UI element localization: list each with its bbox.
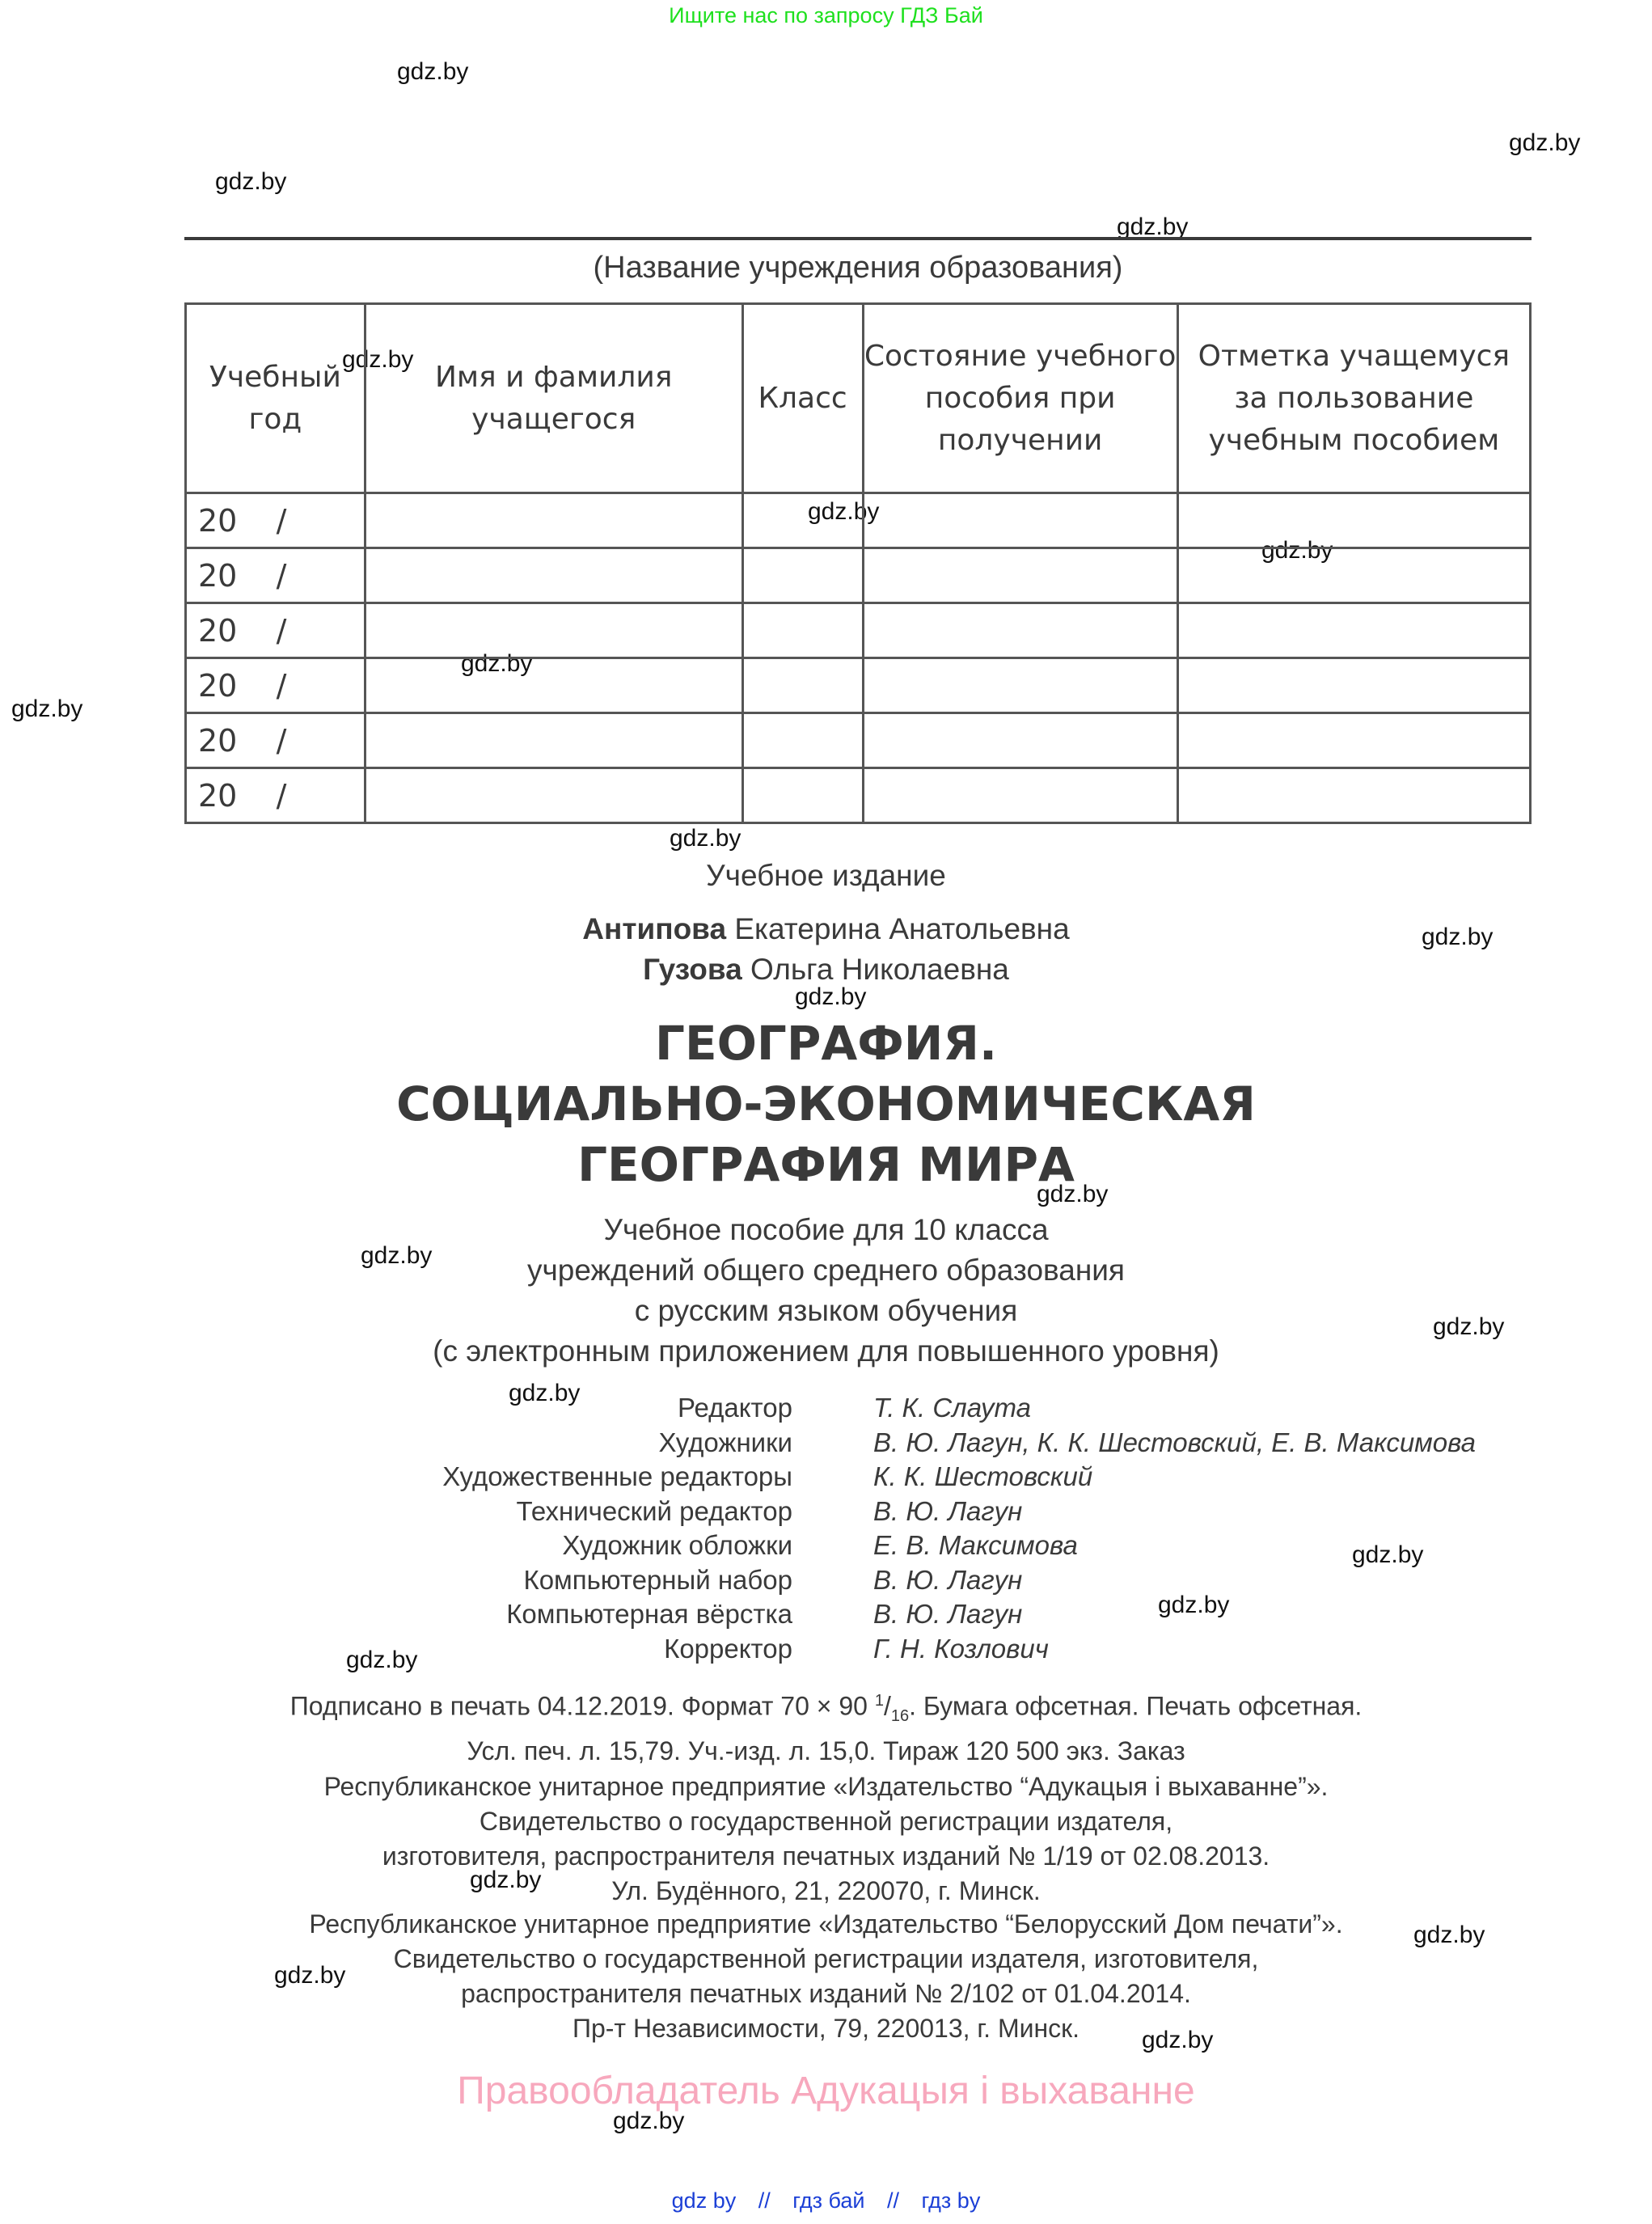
mark-cell xyxy=(1177,658,1530,713)
author-line: Антипова Екатерина Анатольевна xyxy=(0,912,1652,946)
mark-cell xyxy=(1177,713,1530,768)
title-line: ГЕОГРАФИЯ МИРА xyxy=(0,1135,1652,1195)
format-fraction-numerator: 1 xyxy=(875,1692,884,1710)
credit-name: В. Ю. Лагун xyxy=(873,1563,1022,1598)
column-header-class: Класс xyxy=(742,304,863,493)
class-cell xyxy=(742,493,863,548)
credit-role: Художники xyxy=(0,1426,792,1461)
search-banner: Ищите нас по запросу ГДЗ Бай xyxy=(0,3,1652,28)
credit-name: Т. К. Слаута xyxy=(873,1391,1031,1426)
print-info-line: Усл. печ. л. 15,79. Уч.-изд. л. 15,0. Ти… xyxy=(0,1734,1652,1769)
name-cell xyxy=(365,658,742,713)
subtitle-line: учреждений общего среднего образования xyxy=(0,1250,1652,1291)
column-header-student-name: Имя и фамилия учащегося xyxy=(365,304,742,493)
print-info: Подписано в печать 04.12.2019. Формат 70… xyxy=(0,1684,1652,1769)
credit-name: К. К. Шестовский xyxy=(873,1460,1092,1495)
name-cell xyxy=(365,768,742,823)
subtitle-line: Учебное пособие для 10 класса xyxy=(0,1210,1652,1250)
print-info-text: Подписано в печать 04.12.2019. Формат 70… xyxy=(290,1692,875,1721)
mark-cell xyxy=(1177,768,1530,823)
book-subtitle: Учебное пособие для 10 класса учреждений… xyxy=(0,1210,1652,1372)
year-cell: 20 / xyxy=(186,548,365,603)
rights-holder-stamp: Правообладатель Адукацыя і выхаванне xyxy=(0,2069,1652,2113)
credit-role: Художник обложки xyxy=(0,1528,792,1563)
credit-role: Компьютерный набор xyxy=(0,1563,792,1598)
book-title: ГЕОГРАФИЯ. СОЦИАЛЬНО-ЭКОНОМИЧЕСКАЯ ГЕОГР… xyxy=(0,1013,1652,1195)
institution-name-line xyxy=(184,237,1532,240)
publisher-line: Ул. Будённого, 21, 220070, г. Минск. xyxy=(0,1874,1652,1909)
watermark: gdz.by xyxy=(215,168,286,196)
condition-cell xyxy=(863,548,1177,603)
credit-row: Технический редакторВ. Ю. Лагун xyxy=(0,1495,1652,1529)
credits-list: РедакторТ. К. Слаута ХудожникиВ. Ю. Лагу… xyxy=(0,1391,1652,1666)
credit-row: Компьютерный наборВ. Ю. Лагун xyxy=(0,1563,1652,1598)
condition-cell xyxy=(863,658,1177,713)
institution-caption: (Название учреждения образования) xyxy=(184,251,1532,285)
print-info-text: . Бумага офсетная. Печать офсетная. xyxy=(909,1692,1362,1721)
credit-row: КорректорГ. Н. Козлович xyxy=(0,1632,1652,1667)
author-surname: Гузова xyxy=(643,953,742,986)
subtitle-line: с русским языком обучения xyxy=(0,1291,1652,1331)
table-header-row: Учебный год Имя и фамилия учащегося Клас… xyxy=(186,304,1531,493)
table-row: 20 / xyxy=(186,603,1531,658)
subtitle-line: (с электронным приложением для повышенно… xyxy=(0,1331,1652,1372)
title-line: ГЕОГРАФИЯ. xyxy=(0,1013,1652,1074)
condition-cell xyxy=(863,493,1177,548)
table-row: 20 / xyxy=(186,493,1531,548)
column-header-mark: Отметка учащемуся за пользование учебным… xyxy=(1177,304,1530,493)
class-cell xyxy=(742,768,863,823)
printer-line: Республиканское унитарное предприятие «И… xyxy=(0,1907,1652,1942)
credit-role: Корректор xyxy=(0,1632,792,1667)
watermark: gdz.by xyxy=(670,825,741,852)
table-row: 20 / xyxy=(186,713,1531,768)
watermark: gdz.by xyxy=(11,696,82,723)
credit-row: Художественные редакторыК. К. Шестовский xyxy=(0,1460,1652,1495)
watermark: gdz.by xyxy=(795,983,866,1011)
column-header-condition: Состояние учебного пособия при получении xyxy=(863,304,1177,493)
year-cell: 20 / xyxy=(186,658,365,713)
printer-line: распространителя печатных изданий № 2/10… xyxy=(0,1977,1652,2011)
credit-name: Г. Н. Козлович xyxy=(873,1632,1049,1667)
credit-name: В. Ю. Лагун xyxy=(873,1597,1022,1632)
mark-cell xyxy=(1177,493,1530,548)
footer-separator: // xyxy=(887,2188,899,2213)
table-row: 20 / xyxy=(186,548,1531,603)
credit-role: Редактор xyxy=(0,1391,792,1426)
name-cell xyxy=(365,713,742,768)
publisher-line: Свидетельство о государственной регистра… xyxy=(0,1804,1652,1839)
condition-cell xyxy=(863,768,1177,823)
mark-cell xyxy=(1177,603,1530,658)
name-cell xyxy=(365,493,742,548)
publisher-line: Республиканское унитарное предприятие «И… xyxy=(0,1769,1652,1804)
table-row: 20 / xyxy=(186,658,1531,713)
condition-cell xyxy=(863,603,1177,658)
watermark: gdz.by xyxy=(1509,129,1580,157)
edition-label: Учебное издание xyxy=(0,859,1652,893)
class-cell xyxy=(742,658,863,713)
title-line: СОЦИАЛЬНО-ЭКОНОМИЧЕСКАЯ xyxy=(0,1074,1652,1135)
format-fraction-denominator: 16 xyxy=(891,1707,909,1725)
author-line: Гузова Ольга Николаевна xyxy=(0,953,1652,987)
class-cell xyxy=(742,713,863,768)
credit-role: Компьютерная вёрстка xyxy=(0,1597,792,1632)
year-cell: 20 / xyxy=(186,768,365,823)
credit-row: ХудожникиВ. Ю. Лагун, К. К. Шестовский, … xyxy=(0,1426,1652,1461)
publisher-line: изготовителя, распространителя печатных … xyxy=(0,1839,1652,1874)
printer-line: Пр-т Независимости, 79, 220013, г. Минск… xyxy=(0,2011,1652,2046)
credit-row: Художник обложкиЕ. В. Максимова xyxy=(0,1528,1652,1563)
author-given-names: Ольга Николаевна xyxy=(750,953,1009,986)
footer-link-gdz-bai[interactable]: гдз бай xyxy=(792,2188,864,2213)
footer-link-gdz-by-cyr[interactable]: гдз by xyxy=(922,2188,981,2213)
name-cell xyxy=(365,603,742,658)
mark-cell xyxy=(1177,548,1530,603)
year-cell: 20 / xyxy=(186,493,365,548)
credit-name: В. Ю. Лагун xyxy=(873,1495,1022,1529)
credit-row: Компьютерная вёрсткаВ. Ю. Лагун xyxy=(0,1597,1652,1632)
year-cell: 20 / xyxy=(186,603,365,658)
column-header-year: Учебный год xyxy=(186,304,365,493)
credit-row: РедакторТ. К. Слаута xyxy=(0,1391,1652,1426)
author-surname: Антипова xyxy=(582,912,726,945)
credit-role: Художественные редакторы xyxy=(0,1460,792,1495)
publisher-info: Республиканское унитарное предприятие «И… xyxy=(0,1769,1652,1909)
footer-link-gdz-by[interactable]: gdz by xyxy=(672,2188,737,2213)
table-row: 20 / xyxy=(186,768,1531,823)
credit-name: В. Ю. Лагун, К. К. Шестовский, Е. В. Мак… xyxy=(873,1426,1476,1461)
class-cell xyxy=(742,548,863,603)
credit-role: Технический редактор xyxy=(0,1495,792,1529)
condition-cell xyxy=(863,713,1177,768)
credit-name: Е. В. Максимова xyxy=(873,1528,1078,1563)
printer-line: Свидетельство о государственной регистра… xyxy=(0,1942,1652,1977)
print-info-line: Подписано в печать 04.12.2019. Формат 70… xyxy=(0,1684,1652,1734)
watermark: gdz.by xyxy=(397,58,468,86)
author-given-names: Екатерина Анатольевна xyxy=(734,912,1069,945)
footer-separator: // xyxy=(758,2188,771,2213)
footer-links: gdz by // гдз бай // гдз by xyxy=(0,2188,1652,2213)
printer-info: Республиканское унитарное предприятие «И… xyxy=(0,1907,1652,2046)
year-cell: 20 / xyxy=(186,713,365,768)
class-cell xyxy=(742,603,863,658)
textbook-register-table: Учебный год Имя и фамилия учащегося Клас… xyxy=(184,302,1532,824)
name-cell xyxy=(365,548,742,603)
